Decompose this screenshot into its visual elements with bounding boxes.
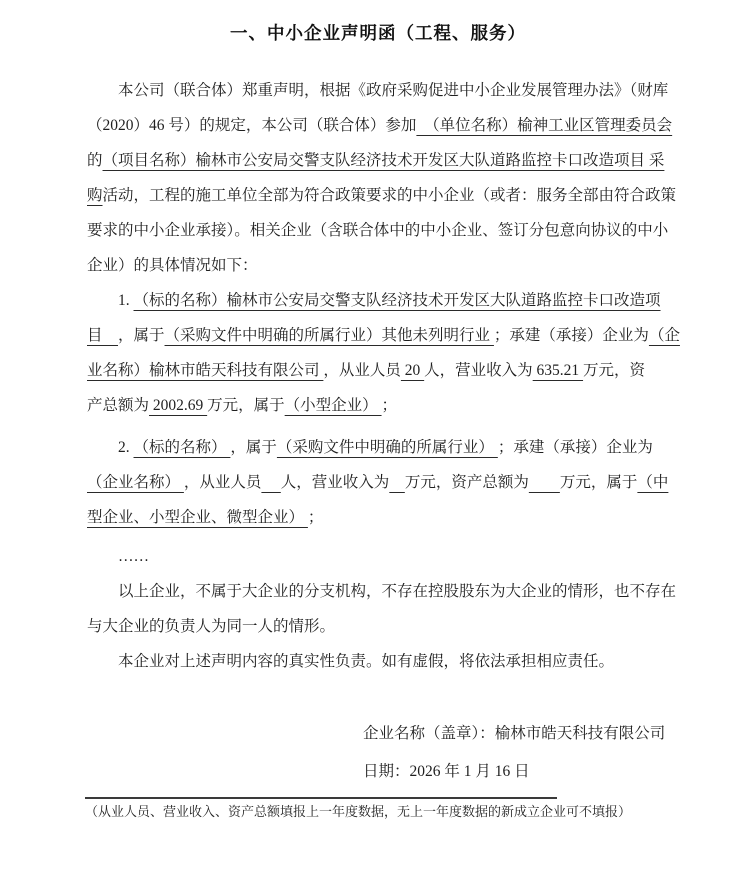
fill-in-underlined-text: 业名称）榆林市皓天科技有限公司 bbox=[87, 362, 323, 379]
fill-in-underlined-text: （标的名称）榆林市公安局交警支队经济技术开发区大队道路监控卡口改造项 bbox=[134, 292, 661, 309]
body-line: 2. （标的名称） ，属于（采购文件中明确的所属行业） ；承建（承接）企业为 bbox=[87, 430, 686, 465]
body-line: 产总额为 2002.69 万元，属于（小型企业） ； bbox=[87, 388, 686, 423]
fill-in-underlined-text: （企 bbox=[649, 327, 680, 344]
document-title: 一、中小企业声明函（工程、服务） bbox=[0, 0, 756, 45]
body-text: 万元，属于 bbox=[207, 397, 285, 414]
body-text: 1. bbox=[87, 292, 134, 309]
fill-in-underlined-text: 型企业、小型企业、微型企业） bbox=[87, 509, 308, 526]
document-body: 本公司（联合体）郑重声明，根据《政府采购促进中小企业发展管理办法》（财库（202… bbox=[87, 73, 686, 679]
fill-in-underlined-text: （小型企业） bbox=[285, 397, 382, 414]
body-line: 本企业对上述声明内容的真实性负责。如有虚假，将依法承担相应责任。 bbox=[87, 644, 686, 679]
body-line: 企业）的具体情况如下： bbox=[87, 248, 686, 283]
body-line: 型企业、小型企业、微型企业） ； bbox=[87, 500, 686, 535]
body-text: ；承建（承接）企业为 bbox=[498, 439, 653, 456]
body-text: 万元，资 bbox=[583, 362, 645, 379]
body-line: 1. （标的名称）榆林市公安局交警支队经济技术开发区大队道路监控卡口改造项 bbox=[87, 283, 686, 318]
company-name-line: 企业名称（盖章）：榆林市皓天科技有限公司 bbox=[363, 715, 756, 753]
fill-in-underlined-text: （项目名称）榆林市公安局交警支队经济技术开发区大队道路监控卡口改造项目 采 bbox=[103, 152, 665, 169]
body-text: ，属于 bbox=[118, 327, 165, 344]
fill-in-underlined-text: 20 bbox=[401, 362, 424, 379]
body-line: （2020）46 号）的规定，本公司（联合体）参加 （单位名称）榆神工业区管理委… bbox=[87, 108, 686, 143]
body-text: 本公司（联合体）郑重声明，根据《政府采购促进中小企业发展管理办法》（财库 bbox=[87, 82, 668, 99]
signature-block: 企业名称（盖章）：榆林市皓天科技有限公司 日期：2026 年 1 月 16 日 bbox=[363, 715, 756, 791]
body-line: 目 ，属于（采购文件中明确的所属行业）其他未列明行业 ；承建（承接）企业为（企 bbox=[87, 318, 686, 353]
document-page: 一、中小企业声明函（工程、服务） 本公司（联合体）郑重声明，根据《政府采购促进中… bbox=[0, 0, 756, 876]
footnote-section: （从业人员、营业收入、资产总额填报上一年度数据，无上一年度数据的新成立企业可不填… bbox=[85, 797, 756, 822]
fill-in-underlined-text: 635.21 bbox=[533, 362, 583, 379]
body-text: 的 bbox=[87, 152, 103, 169]
body-line: 的（项目名称）榆林市公安局交警支队经济技术开发区大队道路监控卡口改造项目 采 bbox=[87, 143, 686, 178]
body-text: 人，营业收入为 bbox=[281, 474, 390, 491]
fill-in-underlined-text: （企业名称） bbox=[87, 474, 184, 491]
body-line: 要求的中小企业承接）。相关企业（含联合体中的中小企业、签订分包意向协议的中小 bbox=[87, 213, 686, 248]
body-text: 以上企业，不属于大企业的分支机构，不存在控股股东为大企业的情形，也不存在 bbox=[87, 583, 676, 600]
body-line: 业名称）榆林市皓天科技有限公司 ，从业人员 20 人，营业收入为 635.21 … bbox=[87, 353, 686, 388]
fill-in-underlined-text: （采购文件中明确的所属行业） bbox=[277, 439, 498, 456]
body-line: 本公司（联合体）郑重声明，根据《政府采购促进中小企业发展管理办法》（财库 bbox=[87, 73, 686, 108]
fill-in-underlined-text bbox=[389, 474, 405, 491]
body-text: ，从业人员 bbox=[323, 362, 401, 379]
body-text: 2. bbox=[87, 439, 134, 456]
body-text: 人，营业收入为 bbox=[424, 362, 533, 379]
body-line: 与大企业的负责人为同一人的情形。 bbox=[87, 609, 686, 644]
footnote-text: （从业人员、营业收入、资产总额填报上一年度数据，无上一年度数据的新成立企业可不填… bbox=[85, 802, 756, 822]
body-text: 要求的中小企业承接）。相关企业（含联合体中的中小企业、签订分包意向协议的中小 bbox=[87, 222, 668, 239]
fill-in-underlined-text: 目 bbox=[87, 327, 118, 344]
date-line: 日期：2026 年 1 月 16 日 bbox=[363, 753, 756, 791]
body-text: 万元，资产总额为 bbox=[405, 474, 529, 491]
fill-in-underlined-text: 购 bbox=[87, 187, 103, 204]
fill-in-underlined-text: （标的名称） bbox=[134, 439, 231, 456]
body-line: …… bbox=[87, 539, 686, 574]
body-text: ； bbox=[382, 397, 398, 414]
body-line: 购活动，工程的施工单位全部为符合政策要求的中小企业（或者：服务全部由符合政策 bbox=[87, 178, 686, 213]
body-line: 以上企业，不属于大企业的分支机构，不存在控股股东为大企业的情形，也不存在 bbox=[87, 574, 686, 609]
body-text: 活动，工程的施工单位全部为符合政策要求的中小企业（或者：服务全部由符合政策 bbox=[103, 187, 677, 204]
body-text: （2020）46 号）的规定，本公司（联合体）参加 bbox=[87, 117, 416, 134]
fill-in-underlined-text bbox=[529, 474, 560, 491]
body-text: 本企业对上述声明内容的真实性负责。如有虚假，将依法承担相应责任。 bbox=[87, 653, 614, 670]
fill-in-underlined-text bbox=[261, 474, 280, 491]
body-text: ； bbox=[308, 509, 324, 526]
body-text: 产总额为 bbox=[87, 397, 149, 414]
body-text: ，属于 bbox=[230, 439, 277, 456]
fill-in-underlined-text: （采购文件中明确的所属行业）其他未列明行业 bbox=[165, 327, 494, 344]
fill-in-underlined-text: （单位名称）榆神工业区管理委员会 bbox=[416, 117, 672, 134]
body-line: （企业名称） ，从业人员 人，营业收入为 万元，资产总额为 万元，属于（中 bbox=[87, 465, 686, 500]
fill-in-underlined-text: 2002.69 bbox=[149, 397, 207, 414]
body-text: …… bbox=[87, 548, 149, 565]
body-text: 万元，属于 bbox=[560, 474, 638, 491]
body-text: 与大企业的负责人为同一人的情形。 bbox=[87, 618, 335, 635]
footnote-divider bbox=[85, 797, 557, 799]
body-text: ；承建（承接）企业为 bbox=[494, 327, 649, 344]
body-text: ，从业人员 bbox=[184, 474, 262, 491]
body-text: 企业）的具体情况如下： bbox=[87, 257, 258, 274]
fill-in-underlined-text: （中 bbox=[637, 474, 668, 491]
